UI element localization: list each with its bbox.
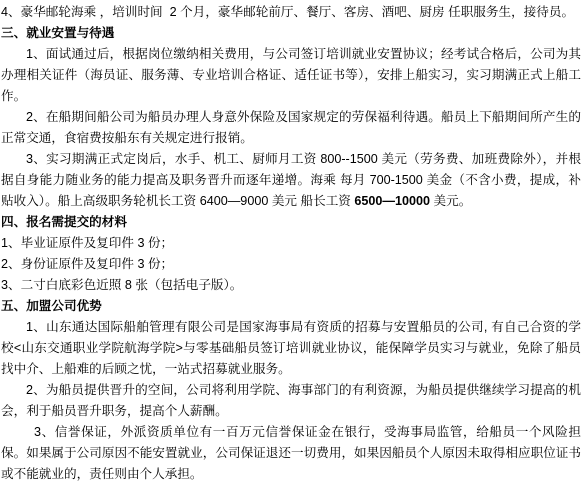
section5-heading-company-advantages: 五、加盟公司优势 <box>1 296 581 317</box>
section4-item2-id-copies: 2、身份证原件及复印件 3 份； <box>1 254 581 275</box>
document-page: { "document": { "colors": { "text": "#00… <box>0 0 582 494</box>
section5-item2-promotion-space: 2、为船员提供晋升的空间，公司将利用学院、海事部门的有利资源，为船员提供继续学习… <box>1 380 581 422</box>
section3-heading-employment-placement: 三、就业安置与待遇 <box>1 23 581 44</box>
document-content: 4、豪华邮轮海乘 ，培训时间 2 个月，豪华邮轮前厅、餐厅、客房、酒吧、厨房 任… <box>0 0 582 485</box>
captain-salary-range-bold: 6500—10000 <box>354 194 430 208</box>
section3-item3-salary-details: 3、实习期满正式定岗后，水手、机工、厨师月工资 800--1500 美元（劳务费… <box>1 149 581 212</box>
salary-text-suffix: 美元。 <box>430 194 471 208</box>
intro-line-cruise-training: 4、豪华邮轮海乘 ，培训时间 2 个月，豪华邮轮前厅、餐厅、客房、酒吧、厨房 任… <box>1 2 581 23</box>
salary-text-normal: 3、实习期满正式定岗后，水手、机工、厨师月工资 800--1500 美元（劳务费… <box>1 152 581 208</box>
section4-item3-photos: 3、二寸白底彩色近照 8 张（包括电子版）。 <box>1 275 581 296</box>
section3-item1-interview-agreement: 1、面试通过后，根据岗位缴纳相关费用，与公司签订培训就业安置协议；经考试合格后，… <box>1 44 581 107</box>
section3-item2-insurance-welfare: 2、在船期间船公司为船员办理人身意外保险及国家规定的劳保福利待遇。船员上下船期间… <box>1 107 581 149</box>
section5-item3-credit-guarantee: 3、信誉保证，外派资质单位有一百万元信誉保证金在银行，受海事局监管，给船员一个风… <box>1 422 581 485</box>
section5-item1-company-qualification: 1、山东通达国际船舶管理有限公司是国家海事局有资质的招募与安置船员的公司, 有自… <box>1 317 581 380</box>
section4-heading-application-materials: 四、报名需提交的材料 <box>1 212 581 233</box>
section4-item1-diploma-copies: 1、毕业证原件及复印件 3 份； <box>1 233 581 254</box>
